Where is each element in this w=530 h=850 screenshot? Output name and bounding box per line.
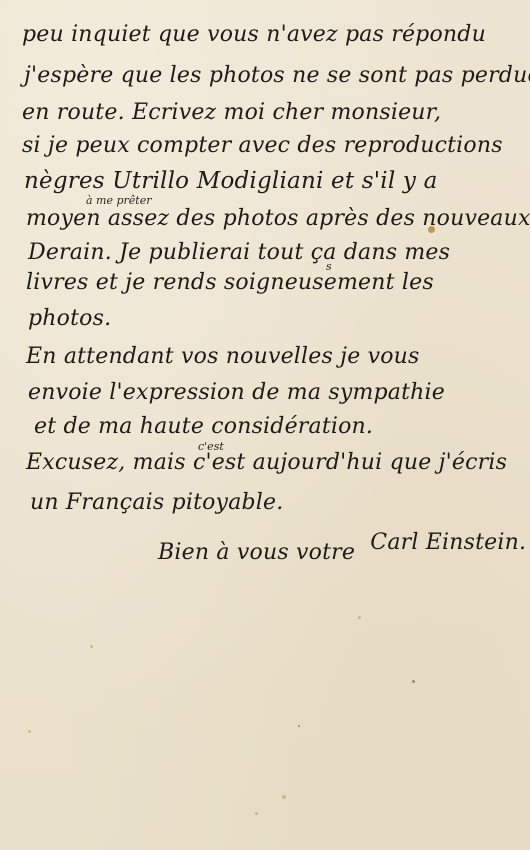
- paper-speck: [255, 812, 258, 815]
- letter-line-13: Excusez, mais c'est aujourd'hui que j'éc…: [26, 450, 507, 475]
- letter-line-7: Derain. Je publierai tout ça dans mes: [28, 240, 450, 265]
- paper-speck: [358, 616, 361, 619]
- letter-line-12: et de ma haute considération.: [34, 414, 373, 439]
- letter-line-6: moyen assez des photos après des nouveau…: [26, 206, 530, 231]
- letter-closing: Bien à vous votre Carl Einstein.: [158, 540, 526, 565]
- paper-speck: [28, 730, 31, 733]
- letter-line-9: photos.: [28, 306, 111, 331]
- paper-speck: [412, 680, 415, 683]
- letter-line-8: livres et je rends soigneusement les: [26, 270, 434, 295]
- letter-page: peu inquiet que vous n'avez pas répondu …: [0, 0, 530, 850]
- ink-stain: [428, 226, 435, 233]
- paper-speck: [90, 645, 93, 648]
- letter-line-10: En attendant vos nouvelles je vous: [26, 344, 420, 369]
- line-6-text: moyen assez des photos après des nouveau…: [26, 206, 530, 231]
- paper-speck: [282, 795, 286, 799]
- signature: Carl Einstein.: [370, 530, 526, 555]
- closing-text: Bien à vous votre: [158, 540, 355, 565]
- letter-line-5: nègres Utrillo Modigliani et s'il y a: [24, 168, 438, 194]
- paper-speck: [298, 725, 300, 727]
- letter-line-14: un Français pitoyable.: [30, 490, 283, 515]
- letter-line-3: en route. Ecrivez moi cher monsieur,: [22, 100, 441, 125]
- letter-line-1: peu inquiet que vous n'avez pas répondu: [22, 22, 486, 47]
- letter-line-2: j'espère que les photos ne se sont pas p…: [24, 63, 530, 88]
- letter-line-11: envoie l'expression de ma sympathie: [28, 380, 445, 405]
- letter-line-4: si je peux compter avec des reproduction…: [22, 133, 503, 158]
